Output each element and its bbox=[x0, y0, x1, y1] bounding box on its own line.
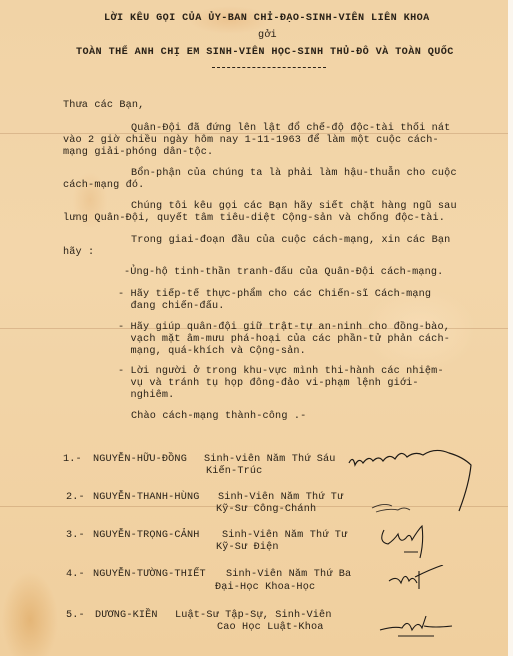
signature-3 bbox=[378, 522, 438, 562]
signatory-role: Sinh-Viên Năm Thứ Tư bbox=[218, 492, 343, 504]
letter-addressee: TOÀN THỂ ANH CHỊ EM SINH-VIÊN HỌC-SINH T… bbox=[76, 47, 454, 59]
directive-item: - Hãy tiếp-tế thực-phẩm cho các Chiến-sĩ… bbox=[118, 289, 431, 301]
signatory-number: 4.- bbox=[66, 569, 85, 581]
signatory-number: 5.- bbox=[66, 610, 85, 622]
signatory-number: 3.- bbox=[66, 530, 85, 542]
signatory-department: Kỹ-Sư Điện bbox=[216, 542, 279, 554]
signatory-role: Luật-Sư Tập-Sự, Sinh-Viên bbox=[175, 610, 332, 622]
paragraph-line: Chúng tôi kêu gọi các Bạn hãy siết chặt … bbox=[131, 201, 457, 213]
directive-item: nghiêm. bbox=[118, 390, 174, 402]
signature-4 bbox=[387, 565, 447, 595]
signatory-department: Kiến-Trúc bbox=[206, 466, 262, 478]
title-underline bbox=[212, 67, 326, 69]
signature-2 bbox=[370, 496, 430, 520]
signatory-role: Sinh-viên Năm Thứ Sáu bbox=[204, 454, 336, 466]
signatory-role: Sinh-Viên Năm Thứ Tư bbox=[222, 530, 347, 542]
signatory-number: 1.- bbox=[63, 454, 82, 466]
paragraph-line: Quân-Đội đã đứng lên lật đổ chế-độ độc-t… bbox=[131, 123, 450, 135]
paragraph-line: lưng Quân-Đội, quyết tâm tiêu-diệt Cộng-… bbox=[63, 213, 445, 225]
closing-line: Chào cách-mạng thành-công .- bbox=[131, 411, 306, 423]
signatory-name: NGUYỄN-TƯỜNG-THIẾT bbox=[93, 569, 206, 581]
paragraph-line: mạng giải-phóng dân-tộc. bbox=[63, 147, 213, 159]
directive-item: vụ và tránh tụ họp đông-đảo vi-phạm lệnh… bbox=[118, 378, 419, 390]
signatory-department: Kỹ-Sư Công-Chánh bbox=[216, 504, 316, 516]
signatory-name: NGUYỄN-TRỌNG-CẢNH bbox=[93, 530, 199, 542]
paragraph-line: cách-mạng đó. bbox=[63, 180, 144, 192]
letter-title-to: gởi bbox=[258, 30, 277, 42]
letter-title: LỜI KÊU GỌI CỦA ỦY-BAN CHỈ-ĐẠO-SINH-VIÊN… bbox=[104, 13, 430, 25]
signatory-department: Đại-Học Khoa-Học bbox=[215, 582, 315, 594]
directive-item: -Ủng-hộ tinh-thần tranh-đấu của Quân-Đội… bbox=[124, 267, 443, 279]
typewritten-letter: LỜI KÊU GỌI CỦA ỦY-BAN CHỈ-ĐẠO-SINH-VIÊN… bbox=[0, 0, 508, 656]
signatory-name: NGUYỄN-HỮU-ĐỒNG bbox=[93, 454, 187, 466]
directive-item: - Hãy giúp quân-đội giữ trật-tự an-ninh … bbox=[118, 322, 450, 334]
signatory-name: NGUYỄN-THANH-HÙNG bbox=[93, 492, 199, 504]
salutation: Thưa các Bạn, bbox=[63, 100, 144, 112]
signatory-department: Cao Học Luật-Khoa bbox=[217, 622, 323, 634]
paragraph-line: hãy : bbox=[63, 247, 94, 259]
directive-item: - Lời người ở trong khu-vực mình thi-hàn… bbox=[118, 366, 444, 378]
directive-item: đang chiến-đấu. bbox=[118, 301, 224, 313]
signatory-number: 2.- bbox=[66, 492, 85, 504]
signature-5 bbox=[378, 614, 458, 644]
paragraph-line: vào 2 giờ chiều ngày hôm nay 1-11-1963 đ… bbox=[63, 135, 439, 147]
signatory-role: Sinh-Viên Năm Thứ Ba bbox=[226, 569, 351, 581]
signatory-name: DƯƠNG-KIỀN bbox=[95, 610, 158, 622]
directive-item: vạch mặt âm-mưu phá-hoại của các phần-tử… bbox=[118, 334, 450, 346]
paragraph-line: Trong giai-đoạn đầu của cuộc cách-mạng, … bbox=[131, 235, 450, 247]
directive-item: mạng, quá-khích và Cộng-sản. bbox=[118, 346, 306, 358]
paragraph-line: Bổn-phận của chúng ta là phải làm hậu-th… bbox=[131, 168, 457, 180]
